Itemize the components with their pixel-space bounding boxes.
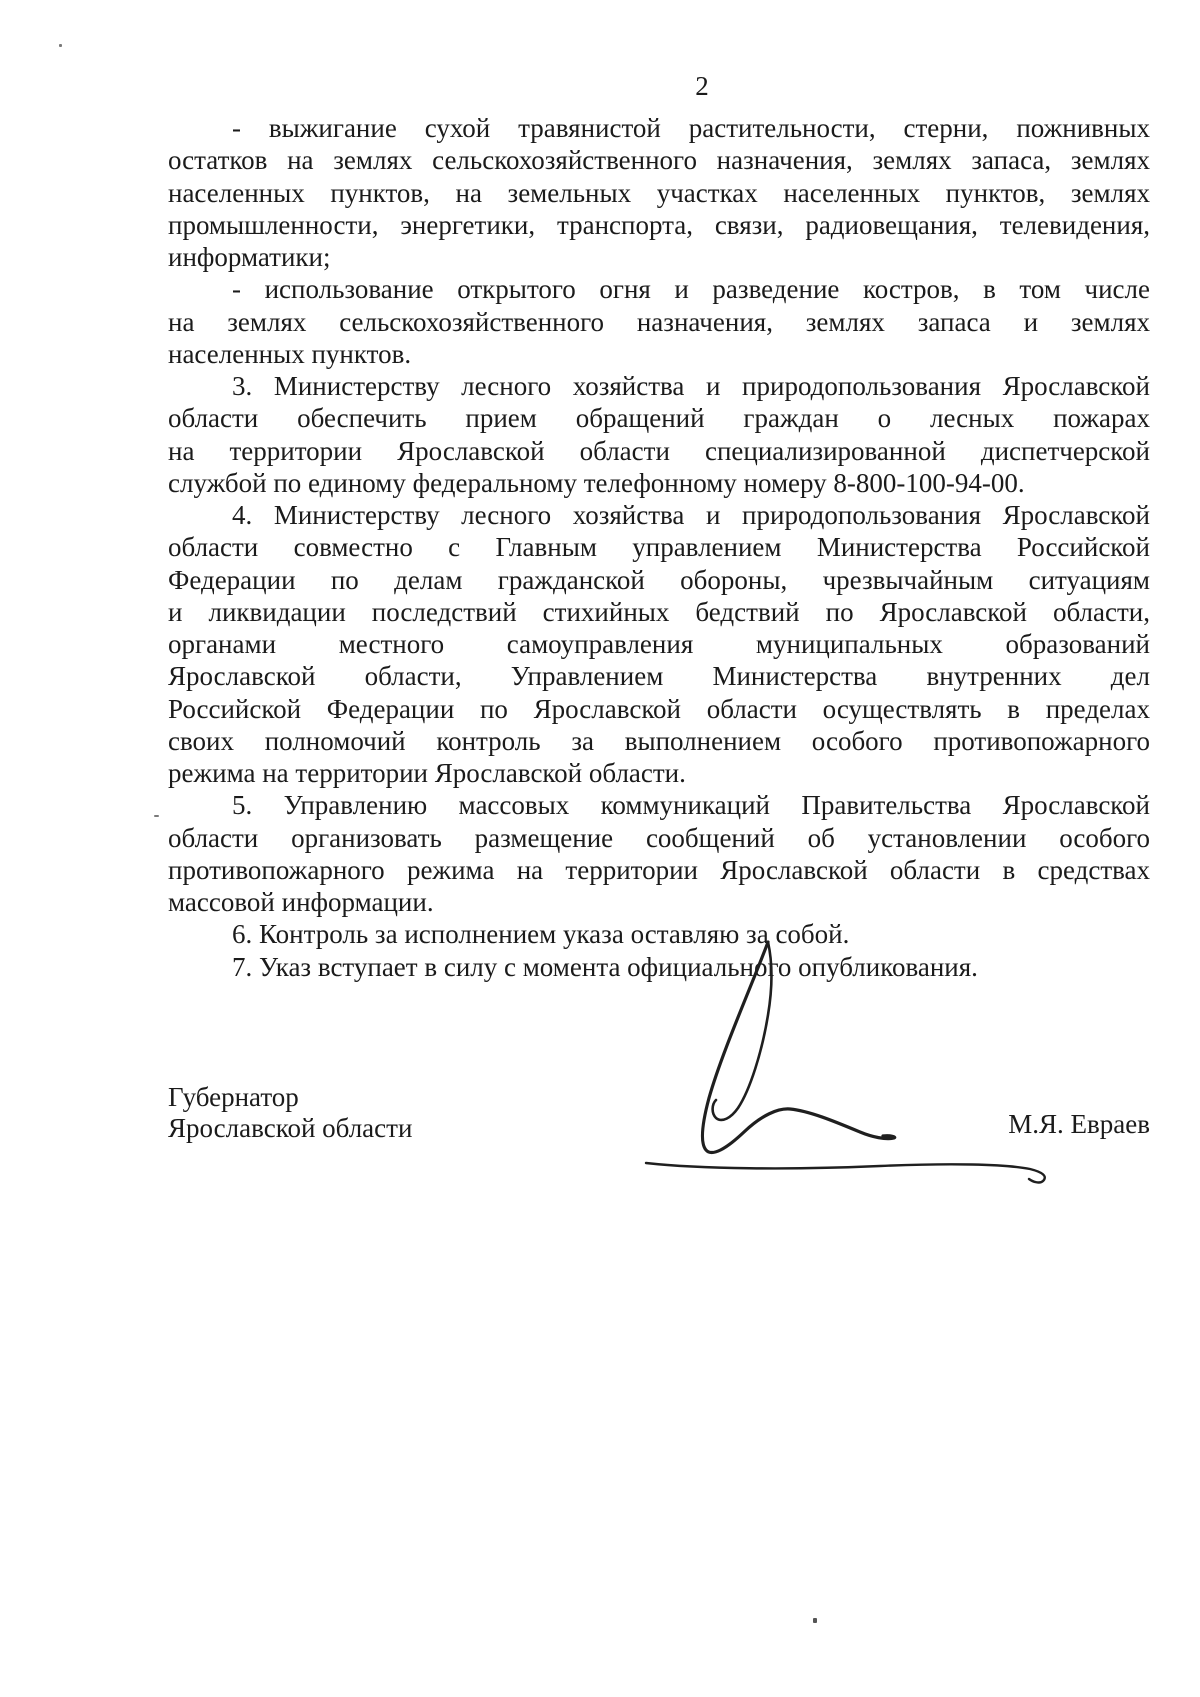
text-line: массовой информации. (168, 886, 1150, 918)
signatory-title-line-1: Губернатор (168, 1082, 412, 1113)
text-line: 4. Министерству лесного хозяйства и прир… (168, 499, 1150, 531)
signatory-title: Губернатор Ярославской области (168, 1082, 412, 1144)
text-line: 6. Контроль за исполнением указа оставля… (168, 918, 1150, 950)
document-body: - выжигание сухой травянистой растительн… (168, 112, 1150, 983)
text-line: области обеспечить прием обращений гражд… (168, 402, 1150, 434)
text-line: своих полномочий контроль за выполнением… (168, 725, 1150, 757)
text-line: Ярославской области, Управлением Министе… (168, 660, 1150, 692)
text-line: - использование открытого огня и разведе… (168, 273, 1150, 305)
text-line: 3. Министерству лесного хозяйства и прир… (168, 370, 1150, 402)
text-line: промышленности, энергетики, транспорта, … (168, 209, 1150, 241)
scan-artifact (154, 815, 159, 817)
scan-artifact (59, 44, 62, 47)
document-page: 2 - выжигание сухой травянистой растител… (0, 0, 1200, 1697)
text-line: Федерации по делам гражданской обороны, … (168, 564, 1150, 596)
text-line: 7. Указ вступает в силу с момента официа… (168, 951, 1150, 983)
text-line: на землях сельскохозяйственного назначен… (168, 306, 1150, 338)
text-line: 5. Управлению массовых коммуникаций Прав… (168, 789, 1150, 821)
text-line: - выжигание сухой травянистой растительн… (168, 112, 1150, 144)
scan-artifact (813, 1618, 817, 1623)
text-line: информатики; (168, 241, 1150, 273)
text-line: противопожарного режима на территории Яр… (168, 854, 1150, 886)
signatory-name: М.Я. Евраев (950, 1109, 1150, 1140)
page-number: 2 (672, 71, 732, 101)
text-line: службой по единому федеральному телефонн… (168, 467, 1150, 499)
text-line: области организовать размещение сообщени… (168, 822, 1150, 854)
text-line: и ликвидации последствий стихийных бедст… (168, 596, 1150, 628)
text-line: области совместно с Главным управлением … (168, 531, 1150, 563)
text-line: населенных пунктов, на земельных участка… (168, 177, 1150, 209)
text-line: населенных пунктов. (168, 338, 1150, 370)
signatory-title-line-2: Ярославской области (168, 1113, 412, 1144)
text-line: режима на территории Ярославской области… (168, 757, 1150, 789)
text-line: Российской Федерации по Ярославской обла… (168, 693, 1150, 725)
signature-stroke-underline (646, 1163, 1045, 1182)
text-line: остатков на землях сельскохозяйственного… (168, 144, 1150, 176)
text-line: органами местного самоуправления муницип… (168, 628, 1150, 660)
text-line: на территории Ярославской области специа… (168, 435, 1150, 467)
